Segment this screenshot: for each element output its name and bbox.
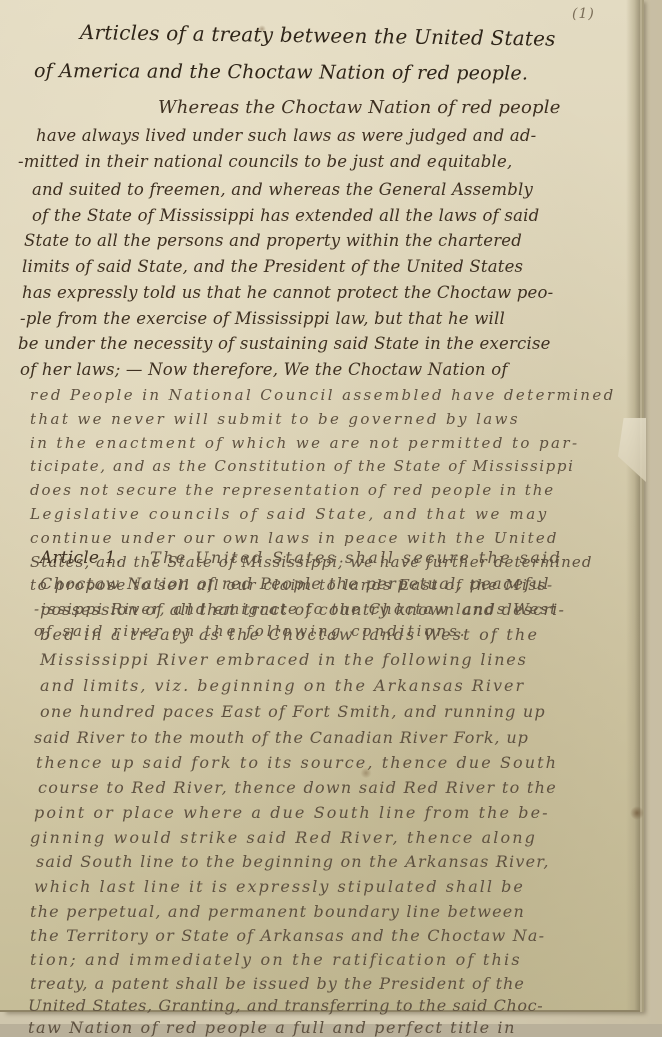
preamble-line: -ple from the exercise of Mississippi la…: [20, 309, 505, 328]
article-line: bed in a treaty as the Choctaw lands Wes…: [40, 625, 539, 644]
preamble-line: State to all the persons and property wi…: [24, 231, 522, 250]
article-line: thence up said fork to its source, thenc…: [36, 753, 558, 772]
article-line: ginning would strike said Red River, the…: [30, 828, 537, 847]
article-line: one hundred paces East of Fort Smith, an…: [40, 702, 546, 721]
article-line: the perpetual, and permanent boundary li…: [30, 902, 525, 921]
preamble-line: have always lived under such laws as wer…: [36, 126, 536, 145]
page-edge-shadow: [626, 0, 640, 1010]
preamble-line: Legislative councils of said State, and …: [30, 505, 549, 523]
article-line: treaty, a patent shall be issued by the …: [30, 974, 525, 993]
page-number: (1): [572, 6, 595, 22]
article-heading: Article 1.: [40, 548, 121, 568]
article-line: said South line to the beginning on the …: [36, 852, 550, 871]
article-line: tion; and immediately on the ratificatio…: [30, 950, 522, 969]
preamble-line: in the enactment of which we are not per…: [30, 434, 579, 452]
article-line: possession of all that tract of country …: [40, 600, 565, 619]
preamble-line: of the State of Mississippi has extended…: [32, 206, 539, 225]
preamble-line: be under the necessity of sustaining sai…: [18, 334, 551, 353]
article-line: said River to the mouth of the Canadian …: [34, 728, 529, 747]
article-line: and limits, viz. beginning on the Arkans…: [40, 676, 525, 695]
preamble-line: has expressly told us that he cannot pro…: [22, 283, 553, 302]
preamble-line: does not secure the representation of re…: [30, 481, 555, 499]
article-line: The United States shall secure the said: [150, 548, 562, 567]
title-line: of America and the Choctaw Nation of red…: [34, 60, 528, 85]
article-line: Mississippi River embraced in the follow…: [40, 650, 528, 669]
article-line: point or place where a due South line fr…: [34, 803, 550, 822]
preamble-line: red People in National Council assembled…: [30, 386, 616, 404]
preamble-line: that we never will submit to be governed…: [30, 410, 520, 428]
preamble-line: -mitted in their national councils to be…: [18, 152, 512, 171]
preamble-line: Whereas the Choctaw Nation of red people: [158, 97, 561, 118]
preamble-line: ticipate, and as the Constitution of the…: [30, 457, 575, 475]
article-line: course to Red River, thence down said Re…: [38, 778, 557, 797]
article-line: Choctaw Nation of red People the perpetu…: [40, 574, 550, 593]
article-line: United States, Granting, and transferrin…: [28, 996, 543, 1015]
article-line: taw Nation of red people a full and perf…: [28, 1018, 516, 1024]
preamble-line: limits of said State, and the President …: [22, 257, 523, 276]
preamble-line: and suited to freemen, and whereas the G…: [32, 180, 533, 199]
preamble-line: of her laws; — Now therefore, We the Cho…: [20, 360, 508, 379]
ink-blot: [630, 806, 644, 820]
article-line: which last line it is expressly stipulat…: [34, 877, 525, 896]
title-line: Articles of a treaty between the United …: [80, 20, 556, 51]
preamble-line: continue under our own laws in peace wit…: [30, 529, 559, 547]
article-line: the Territory or State of Arkansas and t…: [30, 926, 545, 945]
